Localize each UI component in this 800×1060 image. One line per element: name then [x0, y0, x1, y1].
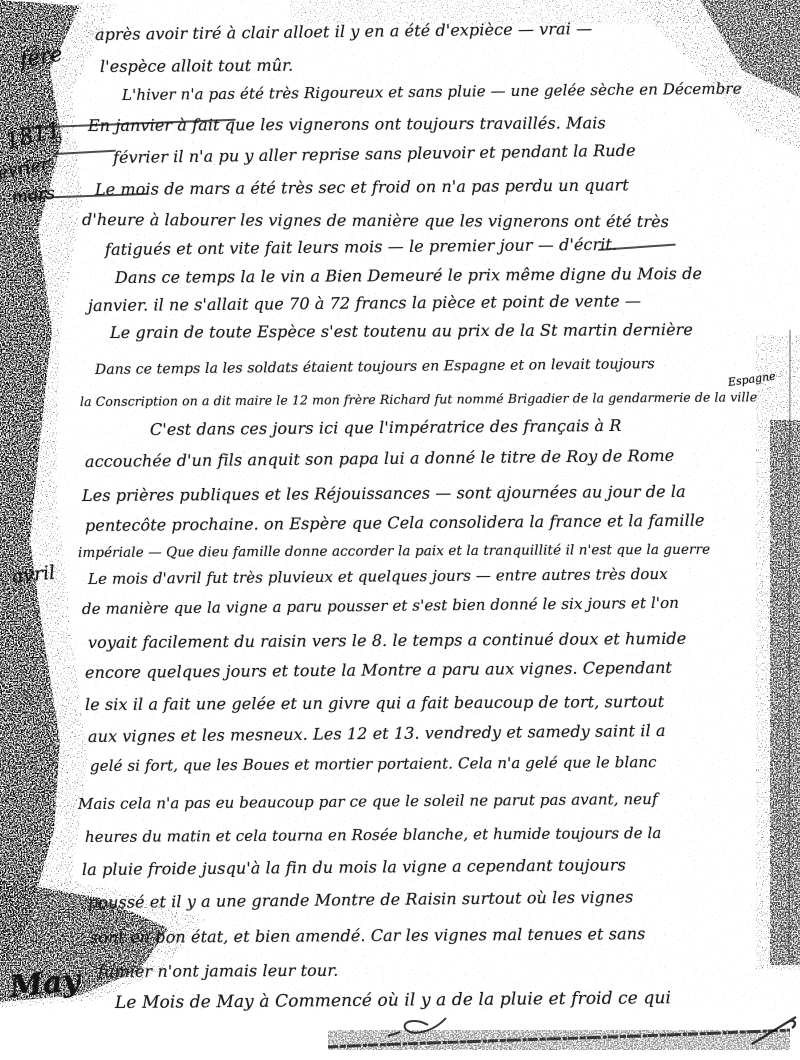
margin-note-may: May: [8, 963, 81, 1005]
bottom-smear-line: [328, 1030, 790, 1047]
manuscript-line: sont en bon état, et bien amendé. Car le…: [90, 924, 646, 947]
manuscript-line: Le Mois de May à Commencé où il y a de l…: [115, 988, 671, 1013]
manuscript-line: Le mois de mars a été très sec et froid …: [95, 175, 629, 199]
manuscript-line: L'hiver n'a pas été très Rigoureux et sa…: [122, 80, 742, 104]
margin-note-year: 1811: [3, 118, 63, 155]
manuscript-line: Dans ce temps la les soldats étaient tou…: [95, 356, 655, 378]
right-edge-core: [770, 420, 800, 965]
manuscript-line: après avoir tiré à clair alloet il y en …: [95, 19, 592, 44]
manuscript-line: accouchée d'un fils anquit son papa lui …: [85, 446, 675, 471]
manuscript-line: Le grain de toute Espèce s'est toutenu a…: [110, 320, 693, 342]
scan-edge-line: [789, 330, 790, 962]
manuscript-line: impériale — Que dieu famille donne accor…: [78, 542, 710, 561]
right-edge-halo: [756, 335, 800, 970]
manuscript-line: la Conscription on a dit maire le 12 mon…: [80, 389, 757, 409]
manuscript-line: fatigués et ont vite fait leurs mois — l…: [105, 235, 617, 259]
margin-note-february: février: [0, 154, 51, 185]
manuscript-line: Le mois d'avril fut très pluvieux et que…: [88, 565, 668, 588]
manuscript-line: Mais cela n'a pas eu beaucoup par ce que…: [78, 790, 658, 813]
interline-note: Espagne: [727, 369, 776, 389]
top-right-halo: [635, 0, 800, 150]
margin-note-april: avril: [11, 562, 56, 588]
manuscript-page: fére 1811 février mars avril May Espagne…: [0, 0, 800, 1060]
bottom-smear-speckle: [328, 1030, 790, 1050]
manuscript-line: voyait facilement du raisin vers le 8. l…: [88, 629, 686, 652]
manuscript-line: pentecôte prochaine. on Espère que Cela …: [85, 511, 705, 535]
manuscript-line: poussé et il y a une grande Montre de Ra…: [88, 887, 634, 912]
bottom-corner-flick: [752, 1017, 796, 1044]
manuscript-line: janvier. il ne s'allait que 70 à 72 fran…: [88, 291, 641, 315]
manuscript-line: En janvier à fait que les vignerons ont …: [88, 113, 606, 135]
manuscript-line: encore quelques jours et toute la Montre…: [85, 658, 672, 682]
manuscript-line: de manière que la vigne a paru pousser e…: [82, 594, 679, 618]
margin-note-march: mars: [11, 184, 56, 208]
margin-note-top: fére: [18, 41, 64, 71]
manuscript-line: l'espèce alloit tout mûr.: [100, 56, 293, 76]
manuscript-line: la pluie froide jusqu'à la fin du mois l…: [82, 855, 626, 879]
manuscript-line: février il n'a pu y aller reprise sans p…: [113, 141, 636, 167]
manuscript-line: Dans ce temps la le vin a Bien Demeuré l…: [115, 264, 702, 287]
manuscript-line: aux vignes et les mesneux. Les 12 et 13.…: [88, 721, 666, 746]
manuscript-line: d'heure à labourer les vignes de manière…: [82, 210, 669, 231]
manuscript-line: C'est dans ces jours ici que l'impératri…: [150, 416, 622, 439]
ink-stroke: [54, 150, 116, 155]
manuscript-line: fumier n'ont jamais leur tour.: [98, 961, 339, 981]
manuscript-line: heures du matin et cela tourna en Rosée …: [85, 824, 662, 846]
signature-flourish: [388, 1018, 446, 1036]
manuscript-line: le six il a fait une gelée et un givre q…: [85, 692, 664, 714]
manuscript-line: gelé si fort, que les Boues et mortier p…: [90, 753, 657, 775]
manuscript-line: Les prières publiques et les Réjouissanc…: [82, 482, 686, 505]
